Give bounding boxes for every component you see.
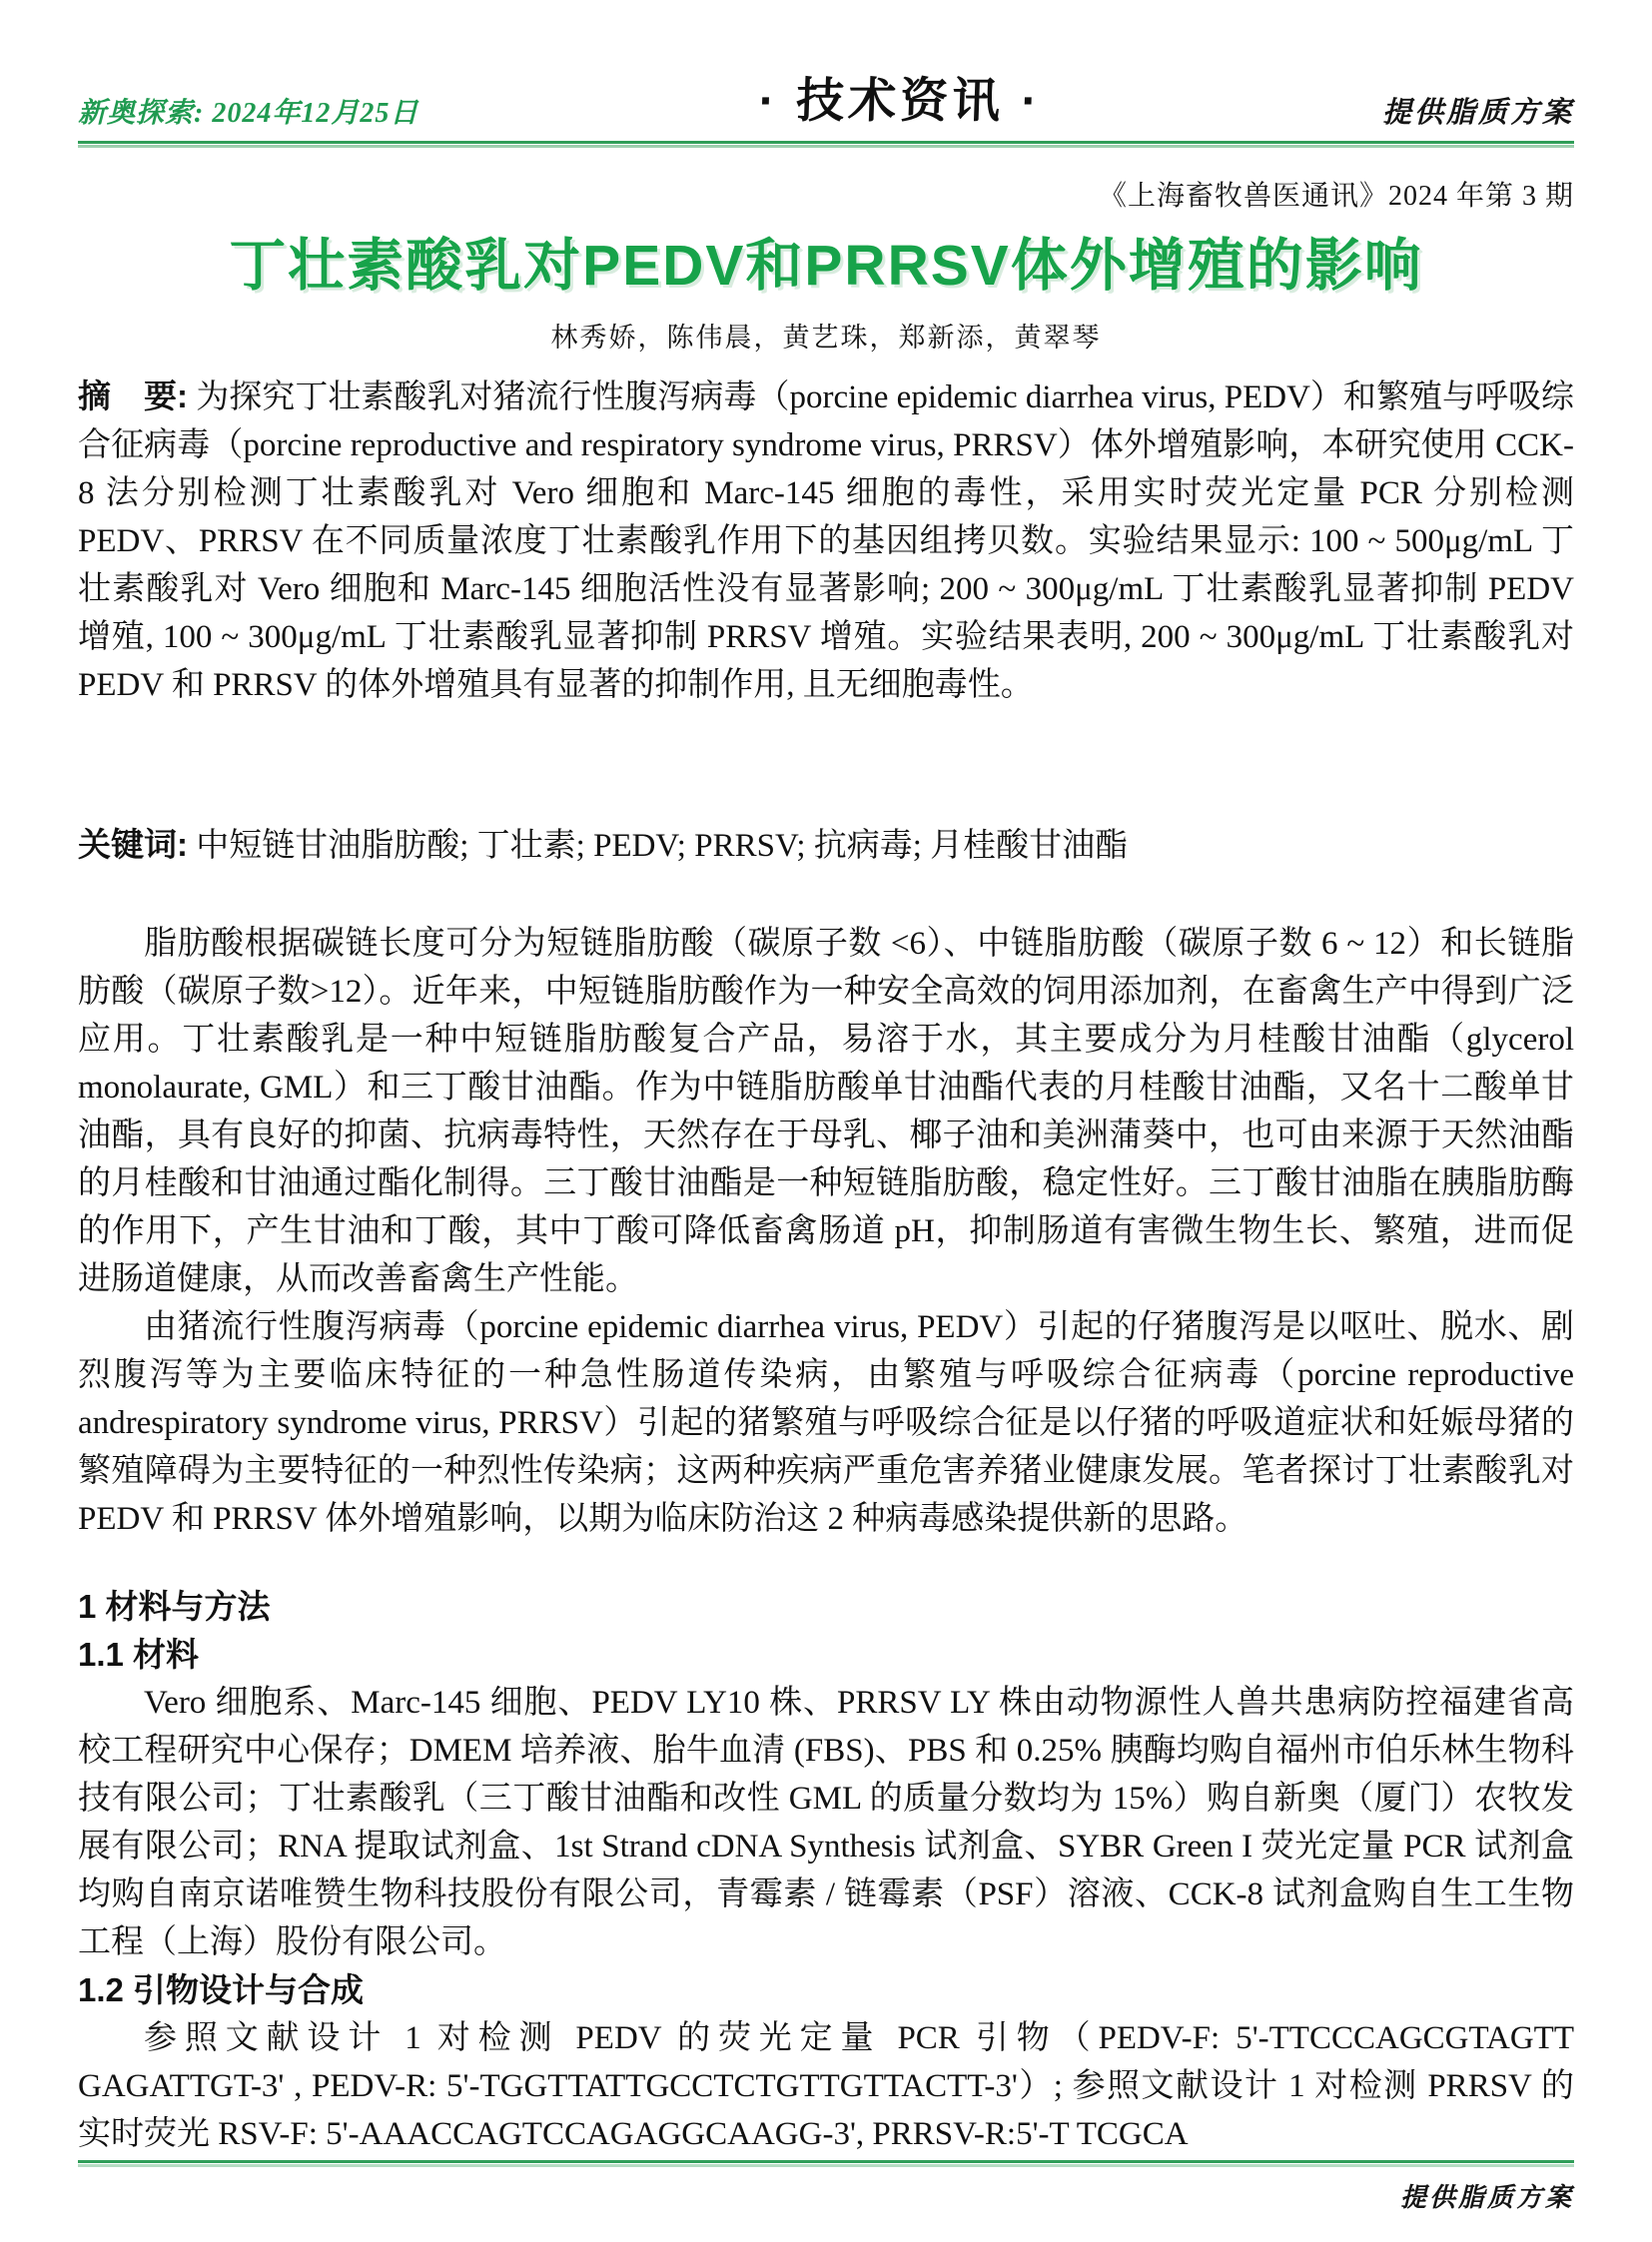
section-1-2-heading: 1.2 引物设计与合成 xyxy=(78,1966,1574,2014)
journal-issue-line: 《上海畜牧兽医通讯》2024 年第 3 期 xyxy=(78,174,1574,214)
page-footer: 提供脂质方案 xyxy=(78,2160,1574,2214)
body-paragraph-2: 由猪流行性腹泻病毒（porcine epidemic diarrhea viru… xyxy=(78,1303,1574,1543)
footer-slogan: 提供脂质方案 xyxy=(78,2177,1574,2214)
section-1-1-heading: 1.1 材料 xyxy=(78,1631,1574,1679)
abstract-label: 摘 要: xyxy=(78,377,188,414)
footer-rule xyxy=(78,2160,1574,2163)
column-banner: · 技术资讯 · xyxy=(758,62,1043,131)
section-1-1-paragraph: Vero 细胞系、Marc-145 细胞、PEDV LY10 株、PRRSV L… xyxy=(78,1679,1574,1966)
section-1-2-paragraph: 参照文献设计 1 对检测 PEDV 的荧光定量 PCR 引物（PEDV-F: 5… xyxy=(78,2014,1574,2158)
keywords-text: 中短链甘油脂肪酸; 丁壮素; PEDV; PRRSV; 抗病毒; 月桂酸甘油酯 xyxy=(188,828,1128,864)
header-slogan: 提供脂质方案 xyxy=(1382,90,1574,131)
abstract-paragraph: 摘 要: 为探究丁壮素酸乳对猪流行性腹泻病毒（porcine epidemic … xyxy=(78,373,1574,709)
keywords-label: 关键词: xyxy=(78,826,188,863)
article-page: 新奥探索: 2024年12月25日 · 技术资讯 · 提供脂质方案 《上海畜牧兽… xyxy=(0,0,1652,2242)
abstract-text: 为探究丁壮素酸乳对猪流行性腹泻病毒（porcine epidemic diarr… xyxy=(78,379,1574,703)
authors-line: 林秀娇，陈伟晨，黄艺珠，郑新添，黄翠琴 xyxy=(78,316,1574,355)
header-rule xyxy=(78,141,1574,144)
body-paragraph-1: 脂肪酸根据碳链长度可分为短链脂肪酸（碳原子数 <6）、中链脂肪酸（碳原子数 6 … xyxy=(78,920,1574,1303)
keywords-paragraph: 关键词: 中短链甘油脂肪酸; 丁壮素; PEDV; PRRSV; 抗病毒; 月桂… xyxy=(78,821,1574,870)
brand-date-text: 新奥探索: 2024年12月25日 xyxy=(78,91,418,131)
article-title: 丁壮素酸乳对PEDV和PRRSV体外增殖的影响 xyxy=(78,220,1574,302)
introduction-block: 脂肪酸根据碳链长度可分为短链脂肪酸（碳原子数 <6）、中链脂肪酸（碳原子数 6 … xyxy=(78,920,1574,1543)
page-header: 新奥探索: 2024年12月25日 · 技术资讯 · 提供脂质方案 xyxy=(78,0,1574,131)
section-1-heading: 1 材料与方法 xyxy=(78,1583,1574,1631)
